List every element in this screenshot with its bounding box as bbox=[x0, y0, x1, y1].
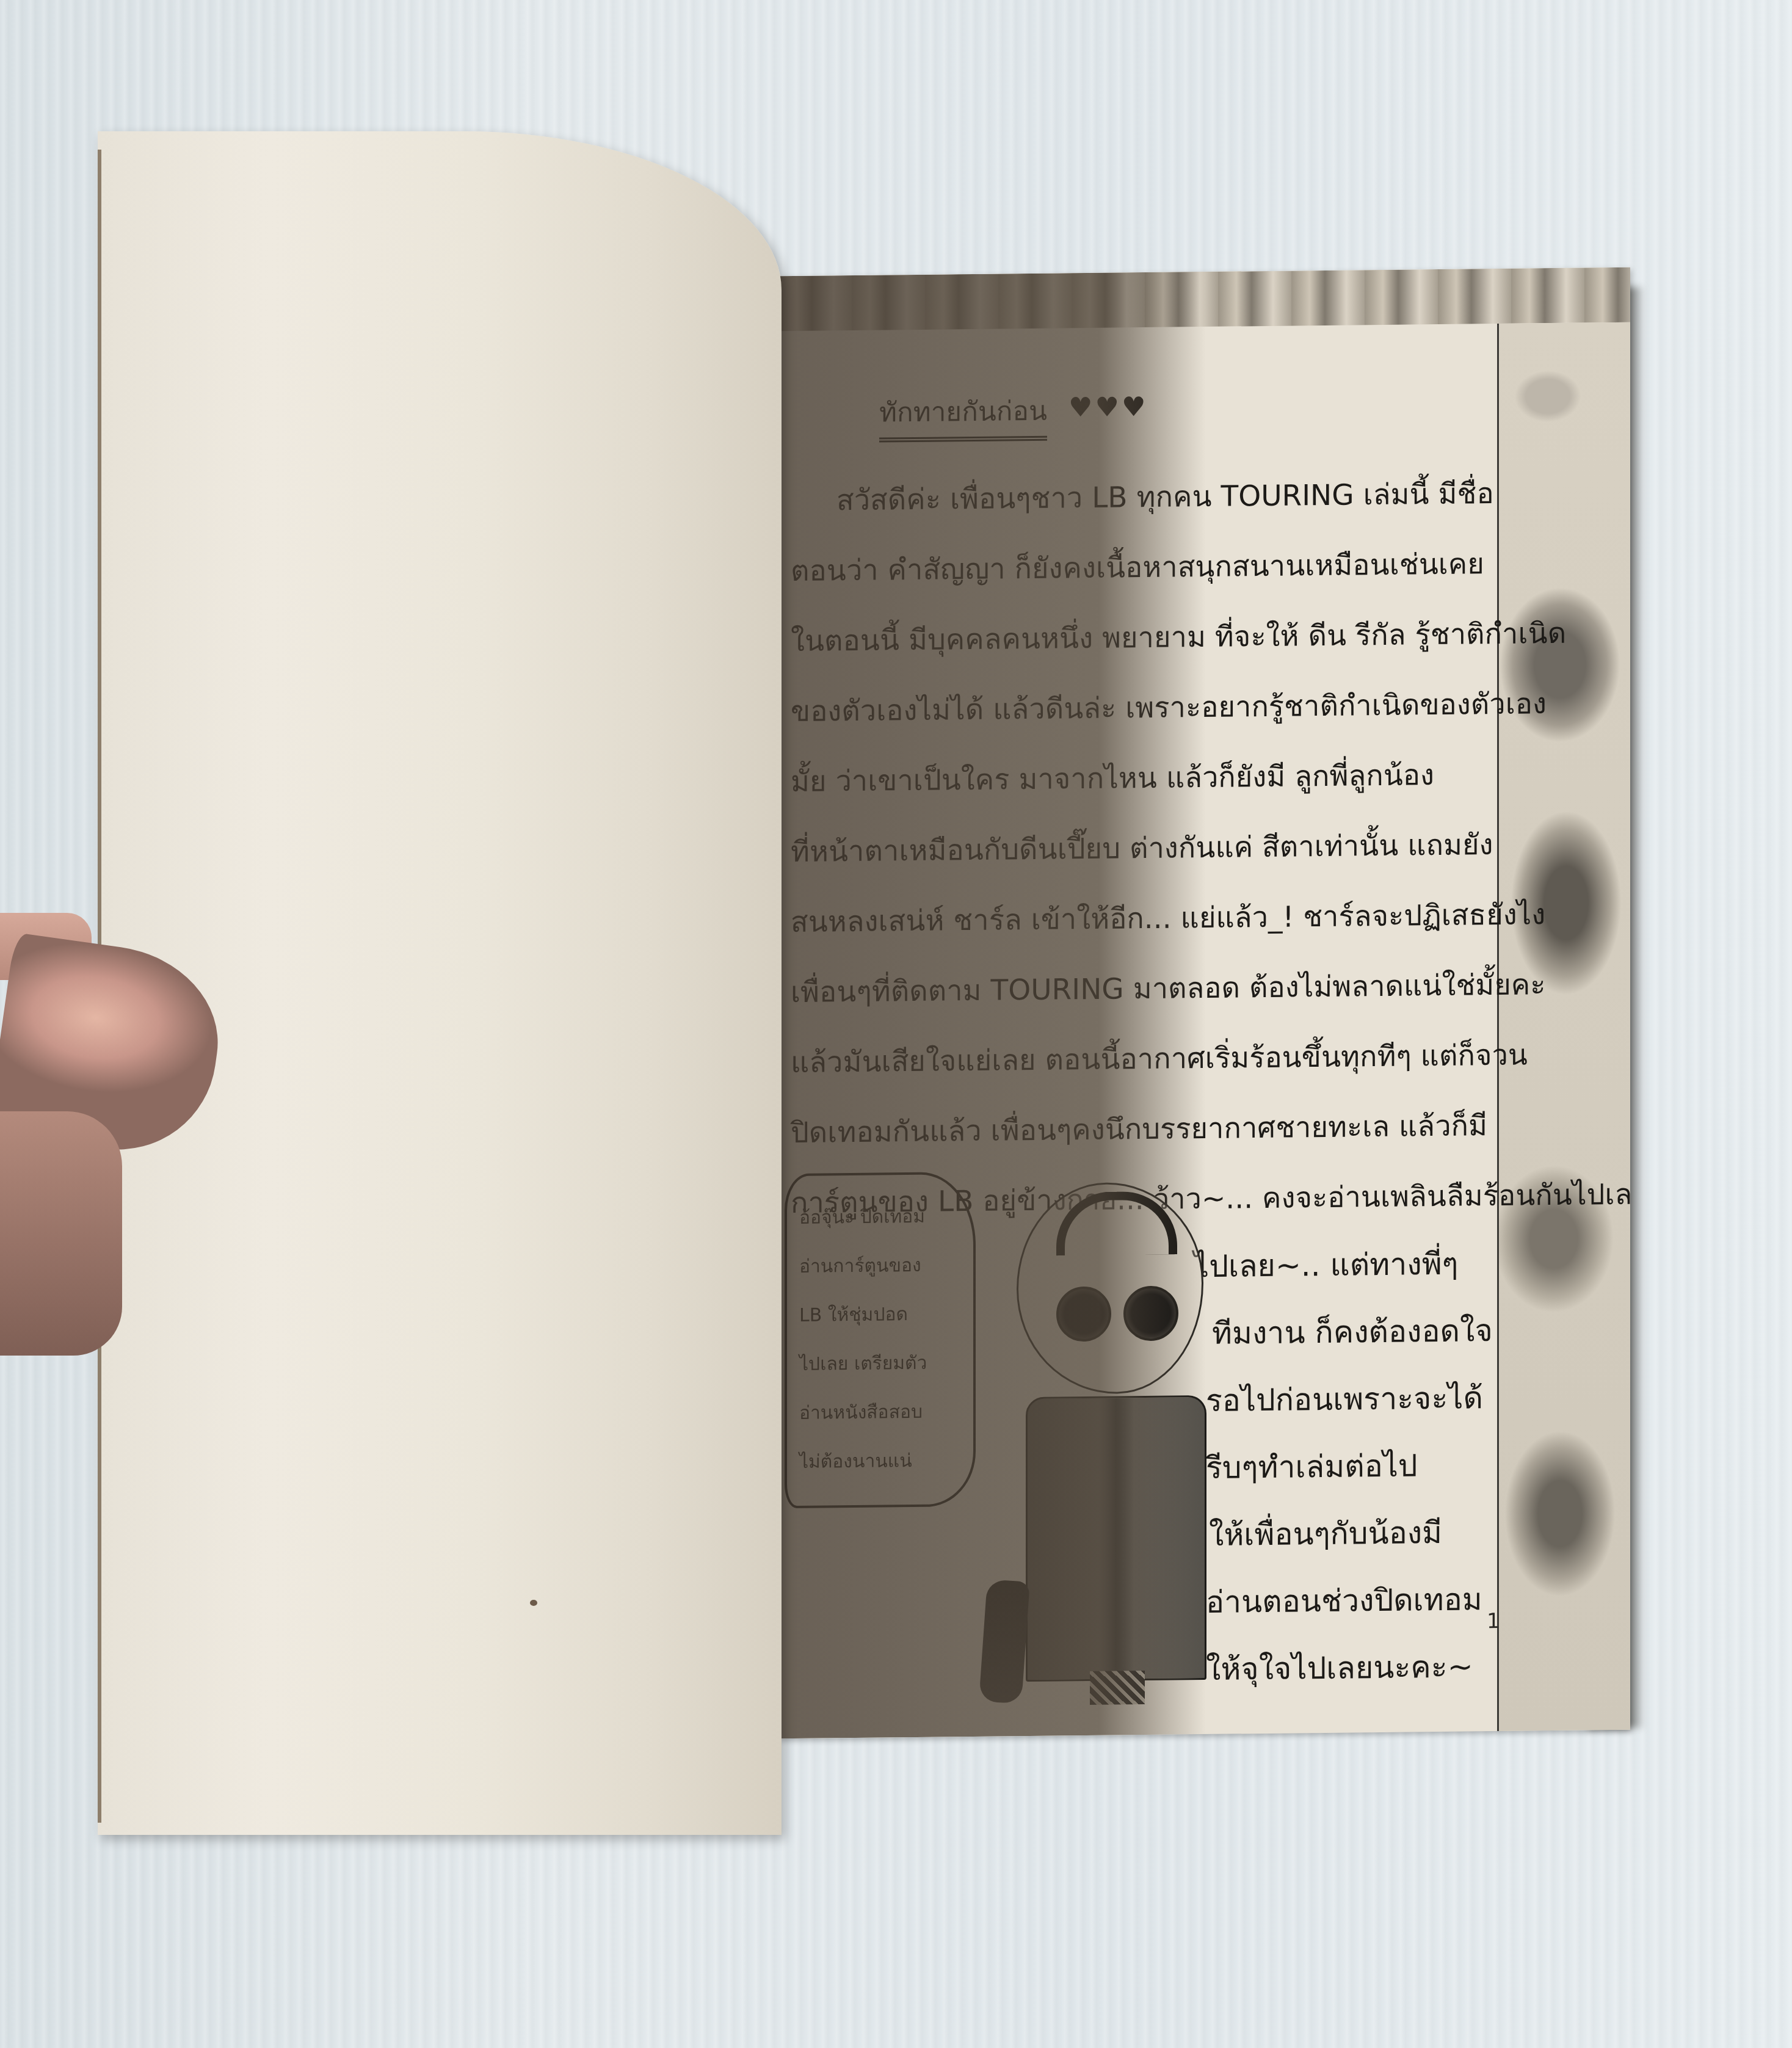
body-line: สนหลงเสน่ห์ ชาร์ล เข้าให้อีก... แย่แล้ว_… bbox=[791, 891, 1493, 945]
body-line: เพื่อนๆที่ติดตาม TOURING มาตลอด ต้องไม่พ… bbox=[791, 962, 1493, 1015]
body-line: แล้วมันเสียใจแย่เลย ตอนนี้อากาศเริ่มร้อน… bbox=[791, 1032, 1493, 1085]
speech-bubble: อ้อจุ๊นะ ปิดเทอม อ่านการ์ตูนของ LB ให้ชุ… bbox=[785, 1172, 976, 1508]
manga-character-illustration bbox=[980, 1175, 1236, 1702]
bubble-line: LB ให้ชุ่มปอด bbox=[799, 1300, 908, 1330]
bubble-line: อ่านการ์ตูนของ bbox=[799, 1251, 921, 1281]
curled-left-page[interactable] bbox=[98, 131, 782, 1835]
column-line: ทีมงาน ก็คงต้องอดใจ bbox=[1212, 1307, 1493, 1358]
bubble-line: อ้อจุ๊นะ ปิดเทอม bbox=[799, 1202, 925, 1232]
page-title: ทักทายกันก่อน bbox=[879, 390, 1047, 443]
side-floral-artwork bbox=[1497, 322, 1630, 1731]
character-bag bbox=[979, 1580, 1030, 1704]
body-line: มั้ย ว่าเขาเป็นใคร มาจากไหน แล้วก็ยังมี … bbox=[791, 751, 1493, 804]
paper-spot bbox=[530, 1600, 537, 1606]
bubble-line: อ่านหนังสือสอบ bbox=[799, 1398, 923, 1428]
column-line: รอไปก่อนเพราะจะได้ bbox=[1206, 1374, 1483, 1425]
body-line: ปิดเทอมกันแล้ว เพื่อนๆคงนึกบรรยากาศชายทะ… bbox=[791, 1102, 1493, 1155]
body-line: ที่หน้าตาเหมือนกับดีนเปี๊ยบ ต่างกันแค่ ส… bbox=[791, 821, 1493, 874]
hand-palm bbox=[0, 1111, 122, 1356]
character-coat bbox=[1026, 1395, 1206, 1682]
bubble-line: ไม่ต้องนานแน่ bbox=[799, 1447, 912, 1476]
body-line: ของตัวเองไม่ได้ แล้วดีนล่ะ เพราะอยากรู้ช… bbox=[791, 681, 1493, 734]
right-page: ทักทายกันก่อน ♥♥♥ สวัสดีค่ะ เพื่อนๆชาว L… bbox=[778, 267, 1630, 1739]
hearts-icon: ♥♥♥ bbox=[1068, 391, 1148, 423]
bubble-line: ไปเลย เตรียมตัว bbox=[799, 1349, 927, 1379]
column-line: อ่านตอนช่วงปิดเทอม bbox=[1206, 1575, 1482, 1627]
column-line: ให้จุใจไปเลยนะคะ~ bbox=[1206, 1643, 1473, 1694]
body-line: ตอนว่า คำสัญญา ก็ยังคงเนื้อหาสนุกสนานเหม… bbox=[791, 540, 1493, 594]
body-line: สวัสดีค่ะ เพื่อนๆชาว LB ทุกคน TOURING เล… bbox=[836, 470, 1539, 523]
body-line: ในตอนนี้ มีบุคคลคนหนึ่ง พยายาม ที่จะให้ … bbox=[791, 611, 1493, 664]
column-line: รีบๆทำเล่มต่อไป bbox=[1206, 1442, 1418, 1492]
column-line: ให้เพื่อนๆกับน้องมี bbox=[1209, 1509, 1442, 1560]
page-number: 1 bbox=[1487, 1609, 1500, 1633]
character-legs bbox=[1090, 1671, 1145, 1705]
top-border-artwork bbox=[778, 267, 1630, 332]
